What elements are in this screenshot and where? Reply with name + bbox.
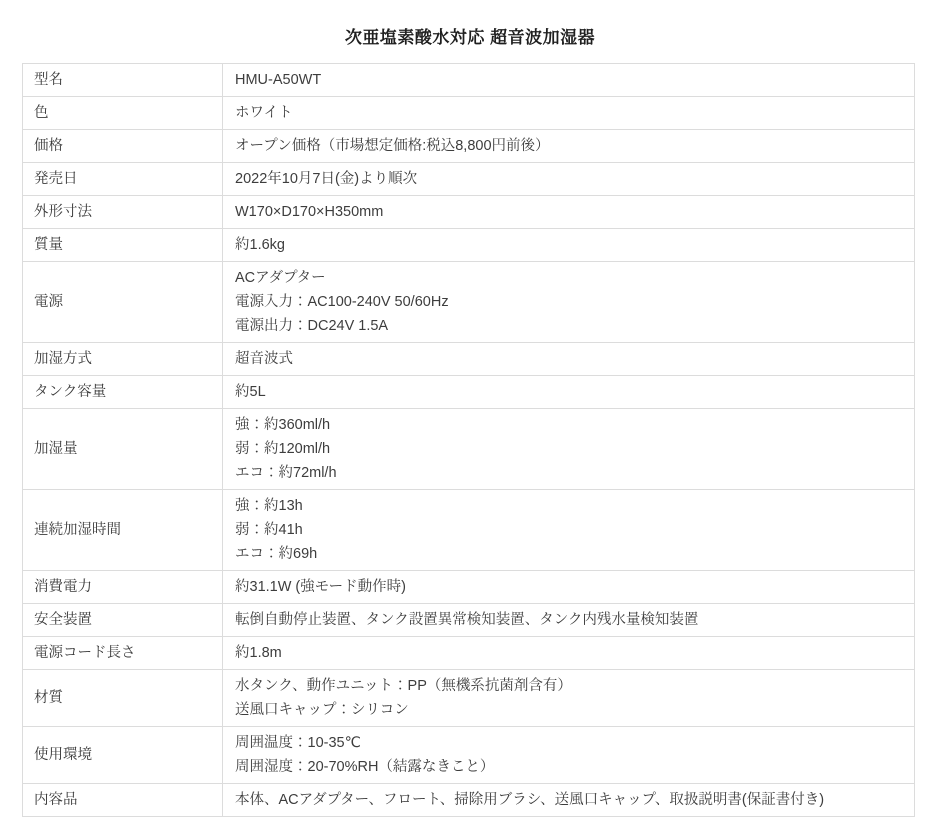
table-row: 価格オープン価格（市場想定価格:税込8,800円前後） xyxy=(23,130,915,163)
spec-value-line: ホワイト xyxy=(235,101,902,125)
table-row: 連続加湿時間強：約13h弱：約41hエコ：約69h xyxy=(23,490,915,571)
spec-value-line: エコ：約69h xyxy=(235,542,902,566)
spec-label: 価格 xyxy=(23,130,223,163)
spec-value: 強：約360ml/h弱：約120ml/hエコ：約72ml/h xyxy=(223,409,915,490)
spec-value-line: 周囲温度：10-35℃ xyxy=(235,731,902,755)
spec-label: 使用環境 xyxy=(23,727,223,784)
table-row: 安全装置転倒自動停止装置、タンク設置異常検知装置、タンク内残水量検知装置 xyxy=(23,604,915,637)
spec-value-line: 約1.6kg xyxy=(235,233,902,257)
spec-label: 色 xyxy=(23,97,223,130)
spec-value-line: 強：約13h xyxy=(235,494,902,518)
page-title: 次亜塩素酸水対応 超音波加湿器 xyxy=(0,28,940,48)
spec-value: W170×D170×H350mm xyxy=(223,196,915,229)
spec-value-line: 転倒自動停止装置、タンク設置異常検知装置、タンク内残水量検知装置 xyxy=(235,608,902,632)
spec-value: 超音波式 xyxy=(223,343,915,376)
spec-label: 発売日 xyxy=(23,163,223,196)
spec-value: ACアダプター電源入力：AC100-240V 50/60Hz電源出力：DC24V… xyxy=(223,262,915,343)
spec-value-line: 水タンク、動作ユニット：PP（無機系抗菌剤含有） xyxy=(235,674,902,698)
spec-value-line: 2022年10月7日(金)より順次 xyxy=(235,167,902,191)
spec-sheet-page: 次亜塩素酸水対応 超音波加湿器 型名HMU-A50WT色ホワイト価格オープン価格… xyxy=(0,0,940,836)
spec-value-line: W170×D170×H350mm xyxy=(235,200,902,224)
table-row: 電源コード長さ約1.8m xyxy=(23,637,915,670)
spec-label: 安全装置 xyxy=(23,604,223,637)
table-row: 型名HMU-A50WT xyxy=(23,64,915,97)
spec-label: 型名 xyxy=(23,64,223,97)
spec-value: 2022年10月7日(金)より順次 xyxy=(223,163,915,196)
table-row: 加湿量強：約360ml/h弱：約120ml/hエコ：約72ml/h xyxy=(23,409,915,490)
table-row: 消費電力約31.1W (強モード動作時) xyxy=(23,571,915,604)
spec-value: 水タンク、動作ユニット：PP（無機系抗菌剤含有）送風口キャップ：シリコン xyxy=(223,670,915,727)
spec-label: 電源 xyxy=(23,262,223,343)
spec-value-line: 電源出力：DC24V 1.5A xyxy=(235,314,902,338)
spec-value: 約1.8m xyxy=(223,637,915,670)
spec-value: HMU-A50WT xyxy=(223,64,915,97)
spec-table: 型名HMU-A50WT色ホワイト価格オープン価格（市場想定価格:税込8,800円… xyxy=(22,63,915,817)
spec-label: 加湿量 xyxy=(23,409,223,490)
spec-value-line: 本体、ACアダプター、フロート、掃除用ブラシ、送風口キャップ、取扱説明書(保証書… xyxy=(235,788,902,812)
table-row: 材質水タンク、動作ユニット：PP（無機系抗菌剤含有）送風口キャップ：シリコン xyxy=(23,670,915,727)
spec-value-line: ACアダプター xyxy=(235,266,902,290)
spec-table-body: 型名HMU-A50WT色ホワイト価格オープン価格（市場想定価格:税込8,800円… xyxy=(23,64,915,817)
spec-value-line: エコ：約72ml/h xyxy=(235,461,902,485)
spec-value-line: 約5L xyxy=(235,380,902,404)
table-row: 色ホワイト xyxy=(23,97,915,130)
spec-label: 消費電力 xyxy=(23,571,223,604)
spec-label: タンク容量 xyxy=(23,376,223,409)
spec-label: 内容品 xyxy=(23,784,223,817)
spec-value-line: 送風口キャップ：シリコン xyxy=(235,698,902,722)
spec-label: 材質 xyxy=(23,670,223,727)
table-row: 電源ACアダプター電源入力：AC100-240V 50/60Hz電源出力：DC2… xyxy=(23,262,915,343)
spec-value: 約1.6kg xyxy=(223,229,915,262)
spec-value: 約5L xyxy=(223,376,915,409)
spec-value-line: 弱：約41h xyxy=(235,518,902,542)
table-row: 外形寸法W170×D170×H350mm xyxy=(23,196,915,229)
table-row: 発売日2022年10月7日(金)より順次 xyxy=(23,163,915,196)
spec-value-line: 周囲湿度：20-70%RH（結露なきこと） xyxy=(235,755,902,779)
spec-label: 質量 xyxy=(23,229,223,262)
table-row: 使用環境周囲温度：10-35℃周囲湿度：20-70%RH（結露なきこと） xyxy=(23,727,915,784)
spec-label: 電源コード長さ xyxy=(23,637,223,670)
spec-value: ホワイト xyxy=(223,97,915,130)
spec-value-line: 約31.1W (強モード動作時) xyxy=(235,575,902,599)
table-row: 加湿方式超音波式 xyxy=(23,343,915,376)
spec-label: 連続加湿時間 xyxy=(23,490,223,571)
spec-value: 周囲温度：10-35℃周囲湿度：20-70%RH（結露なきこと） xyxy=(223,727,915,784)
spec-label: 外形寸法 xyxy=(23,196,223,229)
spec-value-line: HMU-A50WT xyxy=(235,68,902,92)
table-row: 質量約1.6kg xyxy=(23,229,915,262)
spec-label: 加湿方式 xyxy=(23,343,223,376)
spec-value-line: 弱：約120ml/h xyxy=(235,437,902,461)
spec-value-line: 超音波式 xyxy=(235,347,902,371)
spec-value-line: 電源入力：AC100-240V 50/60Hz xyxy=(235,290,902,314)
table-row: 内容品本体、ACアダプター、フロート、掃除用ブラシ、送風口キャップ、取扱説明書(… xyxy=(23,784,915,817)
spec-value-line: 強：約360ml/h xyxy=(235,413,902,437)
spec-value: 約31.1W (強モード動作時) xyxy=(223,571,915,604)
spec-value-line: 約1.8m xyxy=(235,641,902,665)
spec-value: 本体、ACアダプター、フロート、掃除用ブラシ、送風口キャップ、取扱説明書(保証書… xyxy=(223,784,915,817)
spec-value: 転倒自動停止装置、タンク設置異常検知装置、タンク内残水量検知装置 xyxy=(223,604,915,637)
table-row: タンク容量約5L xyxy=(23,376,915,409)
spec-value: オープン価格（市場想定価格:税込8,800円前後） xyxy=(223,130,915,163)
spec-value: 強：約13h弱：約41hエコ：約69h xyxy=(223,490,915,571)
spec-value-line: オープン価格（市場想定価格:税込8,800円前後） xyxy=(235,134,902,158)
